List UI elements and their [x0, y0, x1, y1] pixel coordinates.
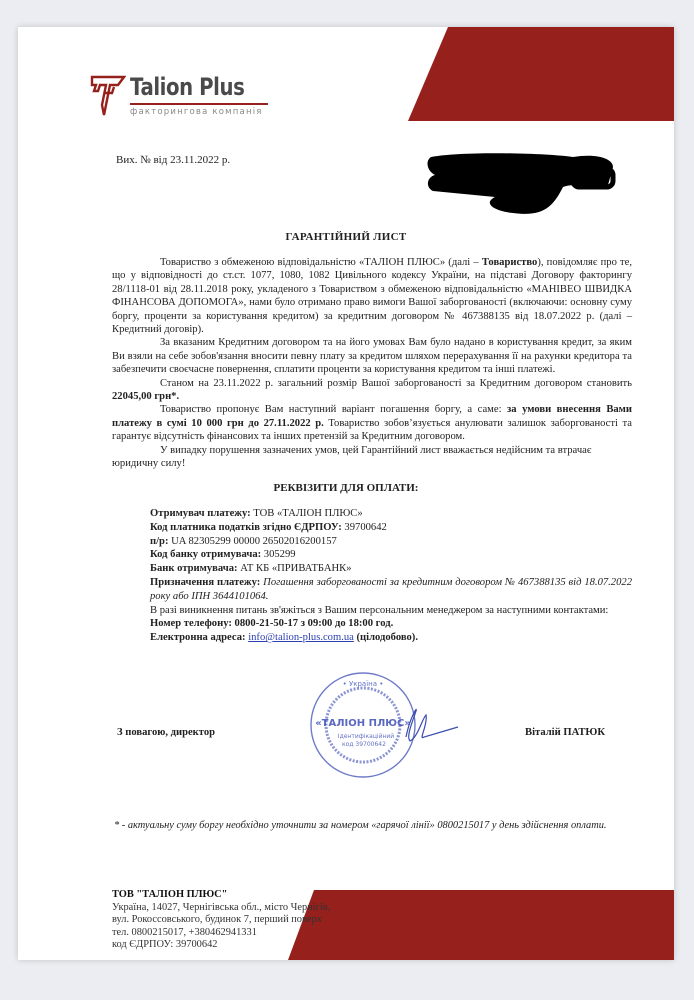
value: ТОВ «ТАЛІОН ПЛЮС»	[251, 508, 363, 519]
footer-company-name: ТОВ "ТАЛІОН ПЛЮС"	[112, 889, 330, 902]
label: Призначення платежу:	[150, 577, 260, 588]
footer-accent-band	[288, 890, 674, 960]
account-row: п/р: UA 82305299 00000 26502016200157	[150, 535, 632, 549]
director-signature	[388, 697, 478, 757]
svg-text:• Україна •: • Україна •	[343, 680, 384, 688]
payment-details: Отримувач платежу: ТОВ «ТАЛІОН ПЛЮС» Код…	[150, 507, 632, 645]
contact-note: В разі виникнення питань зв'яжіться з Ва…	[150, 604, 632, 618]
document-title: ГАРАНТІЙНИЙ ЛИСТ	[18, 231, 674, 243]
email-row: Електронна адреса: info@talion-plus.com.…	[150, 631, 632, 645]
footer-address-2: вул. Рокоссовського, будинок 7, перший п…	[112, 914, 330, 927]
closing-salutation: З повагою, директор	[117, 727, 215, 738]
paragraph-offer: Товариство пропонує Вам наступний варіан…	[112, 403, 632, 443]
value: 39700642	[342, 522, 387, 533]
value: 305299	[261, 549, 295, 560]
text: Станом на 23.11.2022 р. загальний розмір…	[160, 378, 632, 389]
value: АТ КБ «ПРИВАТБАНК»	[238, 563, 352, 574]
logo-tagline: факторингова компанія	[130, 107, 263, 117]
bank-row: Банк отримувача: АТ КБ «ПРИВАТБАНК»	[150, 562, 632, 576]
talion-logo-icon	[90, 71, 126, 119]
logo-underline	[130, 103, 268, 105]
footer-address-1: Україна, 14027, Чернігівська обл., місто…	[112, 902, 330, 915]
recipient-row: Отримувач платежу: ТОВ «ТАЛІОН ПЛЮС»	[150, 507, 632, 521]
suffix: (цілодобово).	[354, 632, 418, 643]
company-logo: Talion Plus факторингова компанія	[90, 65, 290, 125]
svg-text:Ідентифікаційний: Ідентифікаційний	[338, 733, 394, 740]
tax-code-row: Код платника податків згідно ЄДРПОУ: 397…	[150, 521, 632, 535]
director-name: Віталій ПАТЮК	[525, 727, 605, 738]
label: п/р:	[150, 536, 168, 547]
debt-amount: 22045,00 грн*.	[112, 391, 179, 402]
logo-title: Talion Plus	[130, 73, 244, 101]
paragraph-debt-amount: Станом на 23.11.2022 р. загальний розмір…	[112, 377, 632, 404]
company-footer: ТОВ "ТАЛІОН ПЛЮС" Україна, 14027, Черніг…	[112, 889, 330, 952]
paragraph-credit-terms: За вказаним Кредитним договором та на йо…	[112, 336, 632, 376]
purpose-row: Призначення платежу: Погашення заборгова…	[150, 576, 632, 604]
text: Товариство пропонує Вам наступний варіан…	[160, 404, 507, 415]
label: Банк отримувача:	[150, 563, 238, 574]
header-accent-band	[408, 27, 674, 121]
outgoing-reference: Вих. № від 23.11.2022 р.	[116, 154, 230, 166]
footnote: * - актуальну суму боргу необхідно уточн…	[114, 817, 634, 834]
label: Код платника податків згідно ЄДРПОУ:	[150, 522, 342, 533]
text: ), повідомляє про те, що у відповідності…	[112, 257, 632, 335]
label: Отримувач платежу:	[150, 508, 251, 519]
text: Товариство з обмеженою відповідальністю …	[160, 257, 482, 268]
bank-code-row: Код банку отримувача: 305299	[150, 548, 632, 562]
svg-text:код 39700642: код 39700642	[342, 741, 386, 748]
footer-edrpou: код ЄДРПОУ: 39700642	[112, 939, 330, 952]
phone-row: Номер телефону: 0800-21-50-17 з 09:00 до…	[150, 617, 632, 631]
label: Код банку отримувача:	[150, 549, 261, 560]
paragraph-assignment: Товариство з обмеженою відповідальністю …	[112, 256, 632, 336]
value: UA 82305299 00000 26502016200157	[168, 536, 336, 547]
paragraph-validity: У випадку порушення зазначених умов, цей…	[112, 444, 632, 471]
letter-body: Товариство з обмеженою відповідальністю …	[112, 256, 632, 471]
label: Електронна адреса:	[150, 632, 248, 643]
letter-page: Talion Plus факторингова компанія Вих. №…	[18, 27, 674, 960]
payment-details-title: РЕКВІЗИТИ ДЛЯ ОПЛАТИ:	[18, 482, 674, 494]
text-bold: Товариство	[482, 257, 538, 268]
email-link[interactable]: info@talion-plus.com.ua	[248, 632, 354, 643]
phone-line: Номер телефону: 0800-21-50-17 з 09:00 до…	[150, 618, 393, 629]
footer-phones: тел. 0800215017, +380462941331	[112, 927, 330, 940]
recipient-redaction	[423, 147, 623, 237]
